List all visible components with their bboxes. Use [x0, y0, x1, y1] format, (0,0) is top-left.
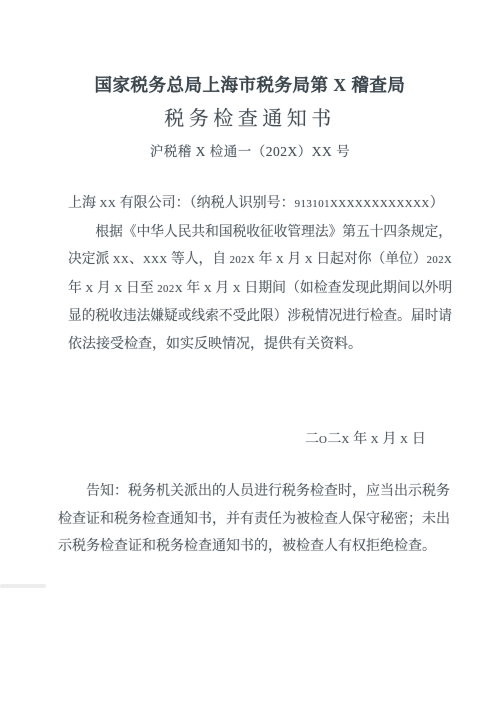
body-line: 依法接受检查，如实反映情况，提供有关资料。	[68, 331, 452, 359]
issuer-line: 国家税务总局上海市税务局第 X 稽查局	[0, 72, 500, 98]
notice-line: 示税务检查证和税务检查通知书的，被检查人有权拒绝检查。	[58, 533, 452, 561]
date-line: 二O二X 年 X 月 X 日	[305, 426, 433, 455]
body-line: 根据《中华人民共和国税收征收管理法》第五十四条规定，	[68, 219, 444, 247]
scan-artifact	[0, 584, 46, 588]
notice-line: 告知：税务机关派出的人员进行税务检查时，应当出示税务	[58, 478, 452, 506]
notice-line: 检查证和税务检查通知书，并有责任为被检查人保守秘密；未出	[58, 506, 452, 534]
tax-inspection-notice-document: 国家税务总局上海市税务局第 X 稽查局 税务检查通知书 沪税稽 X 检通一（20…	[0, 0, 500, 707]
body-line: 显的税收违法嫌疑或线索不受此限）涉税情况进行检查。届时请	[68, 303, 444, 331]
body-paragraph: 上海 XX 有限公司：（纳税人识别号：913101XXXXXXXXXXXX） 根…	[68, 190, 452, 358]
body-line: 年 X 月 X 日至 202X 年 X 月 X 日期间（如检查发现此期间以外明	[68, 275, 448, 304]
document-number-line: 沪税稽 X 检通一（202X）XX 号	[0, 142, 500, 162]
body-line: 决定派 XX、XXX 等人，自 202X 年 X 月 X 日起对你（单位）202…	[68, 246, 446, 275]
document-title: 税务检查通知书	[0, 104, 500, 134]
notice-paragraph: 告知：税务机关派出的人员进行税务检查时，应当出示税务 检查证和税务检查通知书，并…	[58, 478, 452, 561]
recipient-line: 上海 XX 有限公司：（纳税人识别号：913101XXXXXXXXXXXX）	[68, 190, 452, 219]
